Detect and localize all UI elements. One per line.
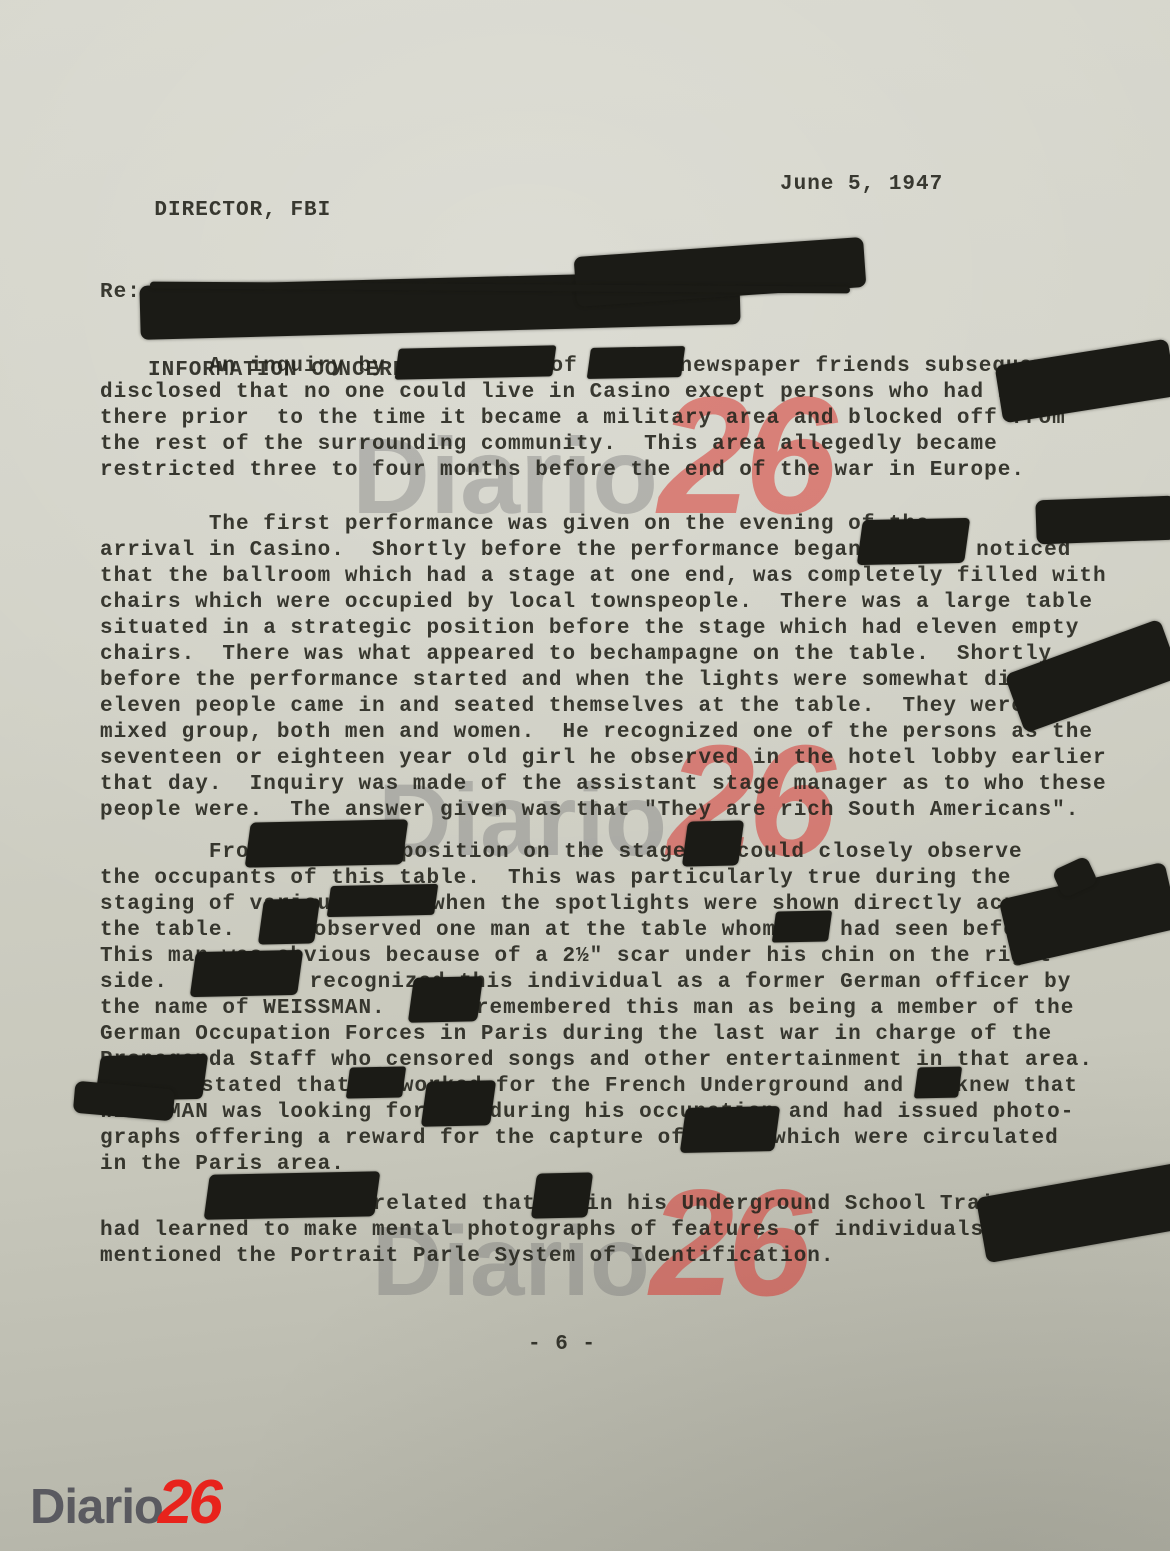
- text-line: chairs which were occupied by local town…: [100, 590, 1140, 616]
- text-line: the table. observed one man at the table…: [100, 918, 1140, 944]
- document-photo: Diario26 Diario26 Diario26 DIRECTOR, FBI…: [0, 0, 1170, 1551]
- text-run: could closely observe: [737, 841, 1023, 864]
- text-run: there prior to the time it became a mili…: [100, 407, 1066, 430]
- text-line: the rest of the surrounding community. T…: [100, 432, 1140, 458]
- text-run: knew that: [956, 1075, 1078, 1098]
- text-line: disclosed that no one could live in Casi…: [100, 380, 1140, 406]
- text-line: restricted three to four months before t…: [100, 458, 1140, 484]
- text-run: arrival in Casino. Shortly before the pe…: [100, 539, 862, 562]
- text-run: the rest of the surrounding community. T…: [100, 433, 998, 456]
- recipient-line: DIRECTOR, FBI: [154, 199, 331, 222]
- letter-body: An inquiry by of newspaper friends subse…: [100, 354, 1140, 1286]
- text-line: The first performance was given on the e…: [100, 512, 1140, 538]
- text-line: An inquiry by of newspaper friends subse…: [100, 354, 1140, 380]
- inline-redaction-mark: [250, 845, 401, 857]
- logo-26-text: 26: [158, 1468, 219, 1537]
- text-run: before the performance started and when …: [100, 669, 1079, 692]
- text-line: seventeen or eighteen year old girl he o…: [100, 746, 1140, 772]
- text-run: had learned to make mental photographs o…: [100, 1219, 1039, 1242]
- text-line: people were. The answer given was that "…: [100, 798, 1140, 824]
- text-line: chairs. There was what appeared to becha…: [100, 642, 1140, 668]
- redaction-mark: [995, 339, 1170, 424]
- text-run: The first performance was given on the e…: [100, 513, 930, 536]
- inline-redaction-mark: [350, 1079, 400, 1091]
- text-run: stated that: [201, 1075, 351, 1098]
- text-line: staging of variouwhen the spotlights wer…: [100, 892, 1140, 918]
- text-run: eleven people came in and seated themsel…: [100, 695, 1052, 718]
- text-line: eleven people came in and seated themsel…: [100, 694, 1140, 720]
- text-run: seventeen or eighteen year old girl he o…: [100, 747, 1107, 770]
- text-run: that the ballroom which had a stage at o…: [100, 565, 1107, 588]
- text-line: German Occupation Forces in Paris during…: [100, 1022, 1140, 1048]
- text-line: situated in a strategic position before …: [100, 616, 1140, 642]
- inline-redaction-mark: [685, 1131, 773, 1143]
- text-run: remembered this man as being a member of…: [476, 997, 1075, 1020]
- text-run: An inquiry by: [100, 355, 399, 378]
- paragraph: Froposition on the stagecould closely ob…: [100, 840, 1140, 1178]
- text-run: chairs. There was what appeared to becha…: [100, 643, 1052, 666]
- paragraph: The first performance was given on the e…: [100, 512, 1140, 824]
- text-run: side.: [100, 971, 195, 994]
- text-line: that the ballroom which had a stage at o…: [100, 564, 1140, 590]
- text-line: Froposition on the stagecould closely ob…: [100, 840, 1140, 866]
- text-run: observed one man at the table whom: [314, 919, 776, 942]
- text-run: German Occupation Forces in Paris during…: [100, 1023, 1052, 1046]
- inline-redaction-mark: [776, 923, 826, 935]
- text-run: mixed group, both men and women. He reco…: [100, 721, 1093, 744]
- text-run: restricted three to four months before t…: [100, 459, 1025, 482]
- text-run: when the spotlights were shown directly …: [432, 893, 1058, 916]
- text-line: side. recognized this individual as a fo…: [100, 970, 1140, 996]
- text-line: mixed group, both men and women. He reco…: [100, 720, 1140, 746]
- text-run: that day. Inquiry was made of the assist…: [100, 773, 1107, 796]
- inline-redaction-mark: [209, 1197, 373, 1209]
- text-run: disclosed that no one could live in Casi…: [100, 381, 1066, 404]
- text-run: [100, 1193, 209, 1216]
- inline-redaction-mark: [687, 845, 737, 857]
- text-line: that day. Inquiry was made of the assist…: [100, 772, 1140, 798]
- inline-redaction-mark: [195, 975, 296, 987]
- text-line: the occupants of this table. This was pa…: [100, 866, 1140, 892]
- text-line: there prior to the time it became a mili…: [100, 406, 1140, 432]
- text-run: which were circulated: [773, 1127, 1059, 1150]
- inline-redaction-mark: [413, 1001, 476, 1013]
- text-line: Propaganda Staff who censored songs and …: [100, 1048, 1140, 1074]
- inline-redaction-mark: [918, 1079, 956, 1091]
- text-run: of: [550, 355, 591, 378]
- text-line: arrival in Casino. Shortly before the pe…: [100, 538, 1140, 564]
- inline-redaction-mark: [263, 923, 313, 935]
- text-run: Fro: [100, 841, 250, 864]
- text-run: people were. The answer given was that "…: [100, 799, 1079, 822]
- paragraph: An inquiry by of newspaper friends subse…: [100, 354, 1140, 484]
- text-run: the occupants of this table. This was pa…: [100, 867, 1011, 890]
- inline-redaction-mark: [426, 1105, 489, 1117]
- diario26-logo: Diario26: [30, 1472, 219, 1534]
- text-line: WEISSMAN was looking forduring his occup…: [100, 1100, 1140, 1126]
- inline-redaction-mark: [591, 359, 679, 371]
- text-run: the table.: [100, 919, 263, 942]
- redaction-mark: [1035, 496, 1170, 545]
- letter-date: June 5, 1947: [780, 172, 943, 198]
- text-run: the name of WEISSMAN.: [100, 997, 413, 1020]
- inline-redaction-mark: [331, 897, 432, 909]
- text-run: position on the stage: [401, 841, 687, 864]
- text-run: during his occupation and had issued pho…: [489, 1101, 1074, 1124]
- text-run: related that: [373, 1193, 536, 1216]
- logo-diario-text: Diario: [30, 1480, 163, 1534]
- text-run: mentioned the Portrait Parle System of I…: [100, 1245, 835, 1268]
- text-line: graphs offering a reward for the capture…: [100, 1126, 1140, 1152]
- inline-redaction-mark: [862, 543, 963, 555]
- text-line: stated thatworked for the French Undergr…: [100, 1074, 1140, 1100]
- inline-redaction-mark: [399, 359, 550, 371]
- text-line: the name of WEISSMAN. remembered this ma…: [100, 996, 1140, 1022]
- text-line: before the performance started and when …: [100, 668, 1140, 694]
- text-run: graphs offering a reward for the capture…: [100, 1127, 685, 1150]
- text-run: chairs which were occupied by local town…: [100, 591, 1093, 614]
- text-run: situated in a strategic position before …: [100, 617, 1079, 640]
- page-number: - 6 -: [0, 1332, 1124, 1358]
- inline-redaction-mark: [536, 1197, 586, 1209]
